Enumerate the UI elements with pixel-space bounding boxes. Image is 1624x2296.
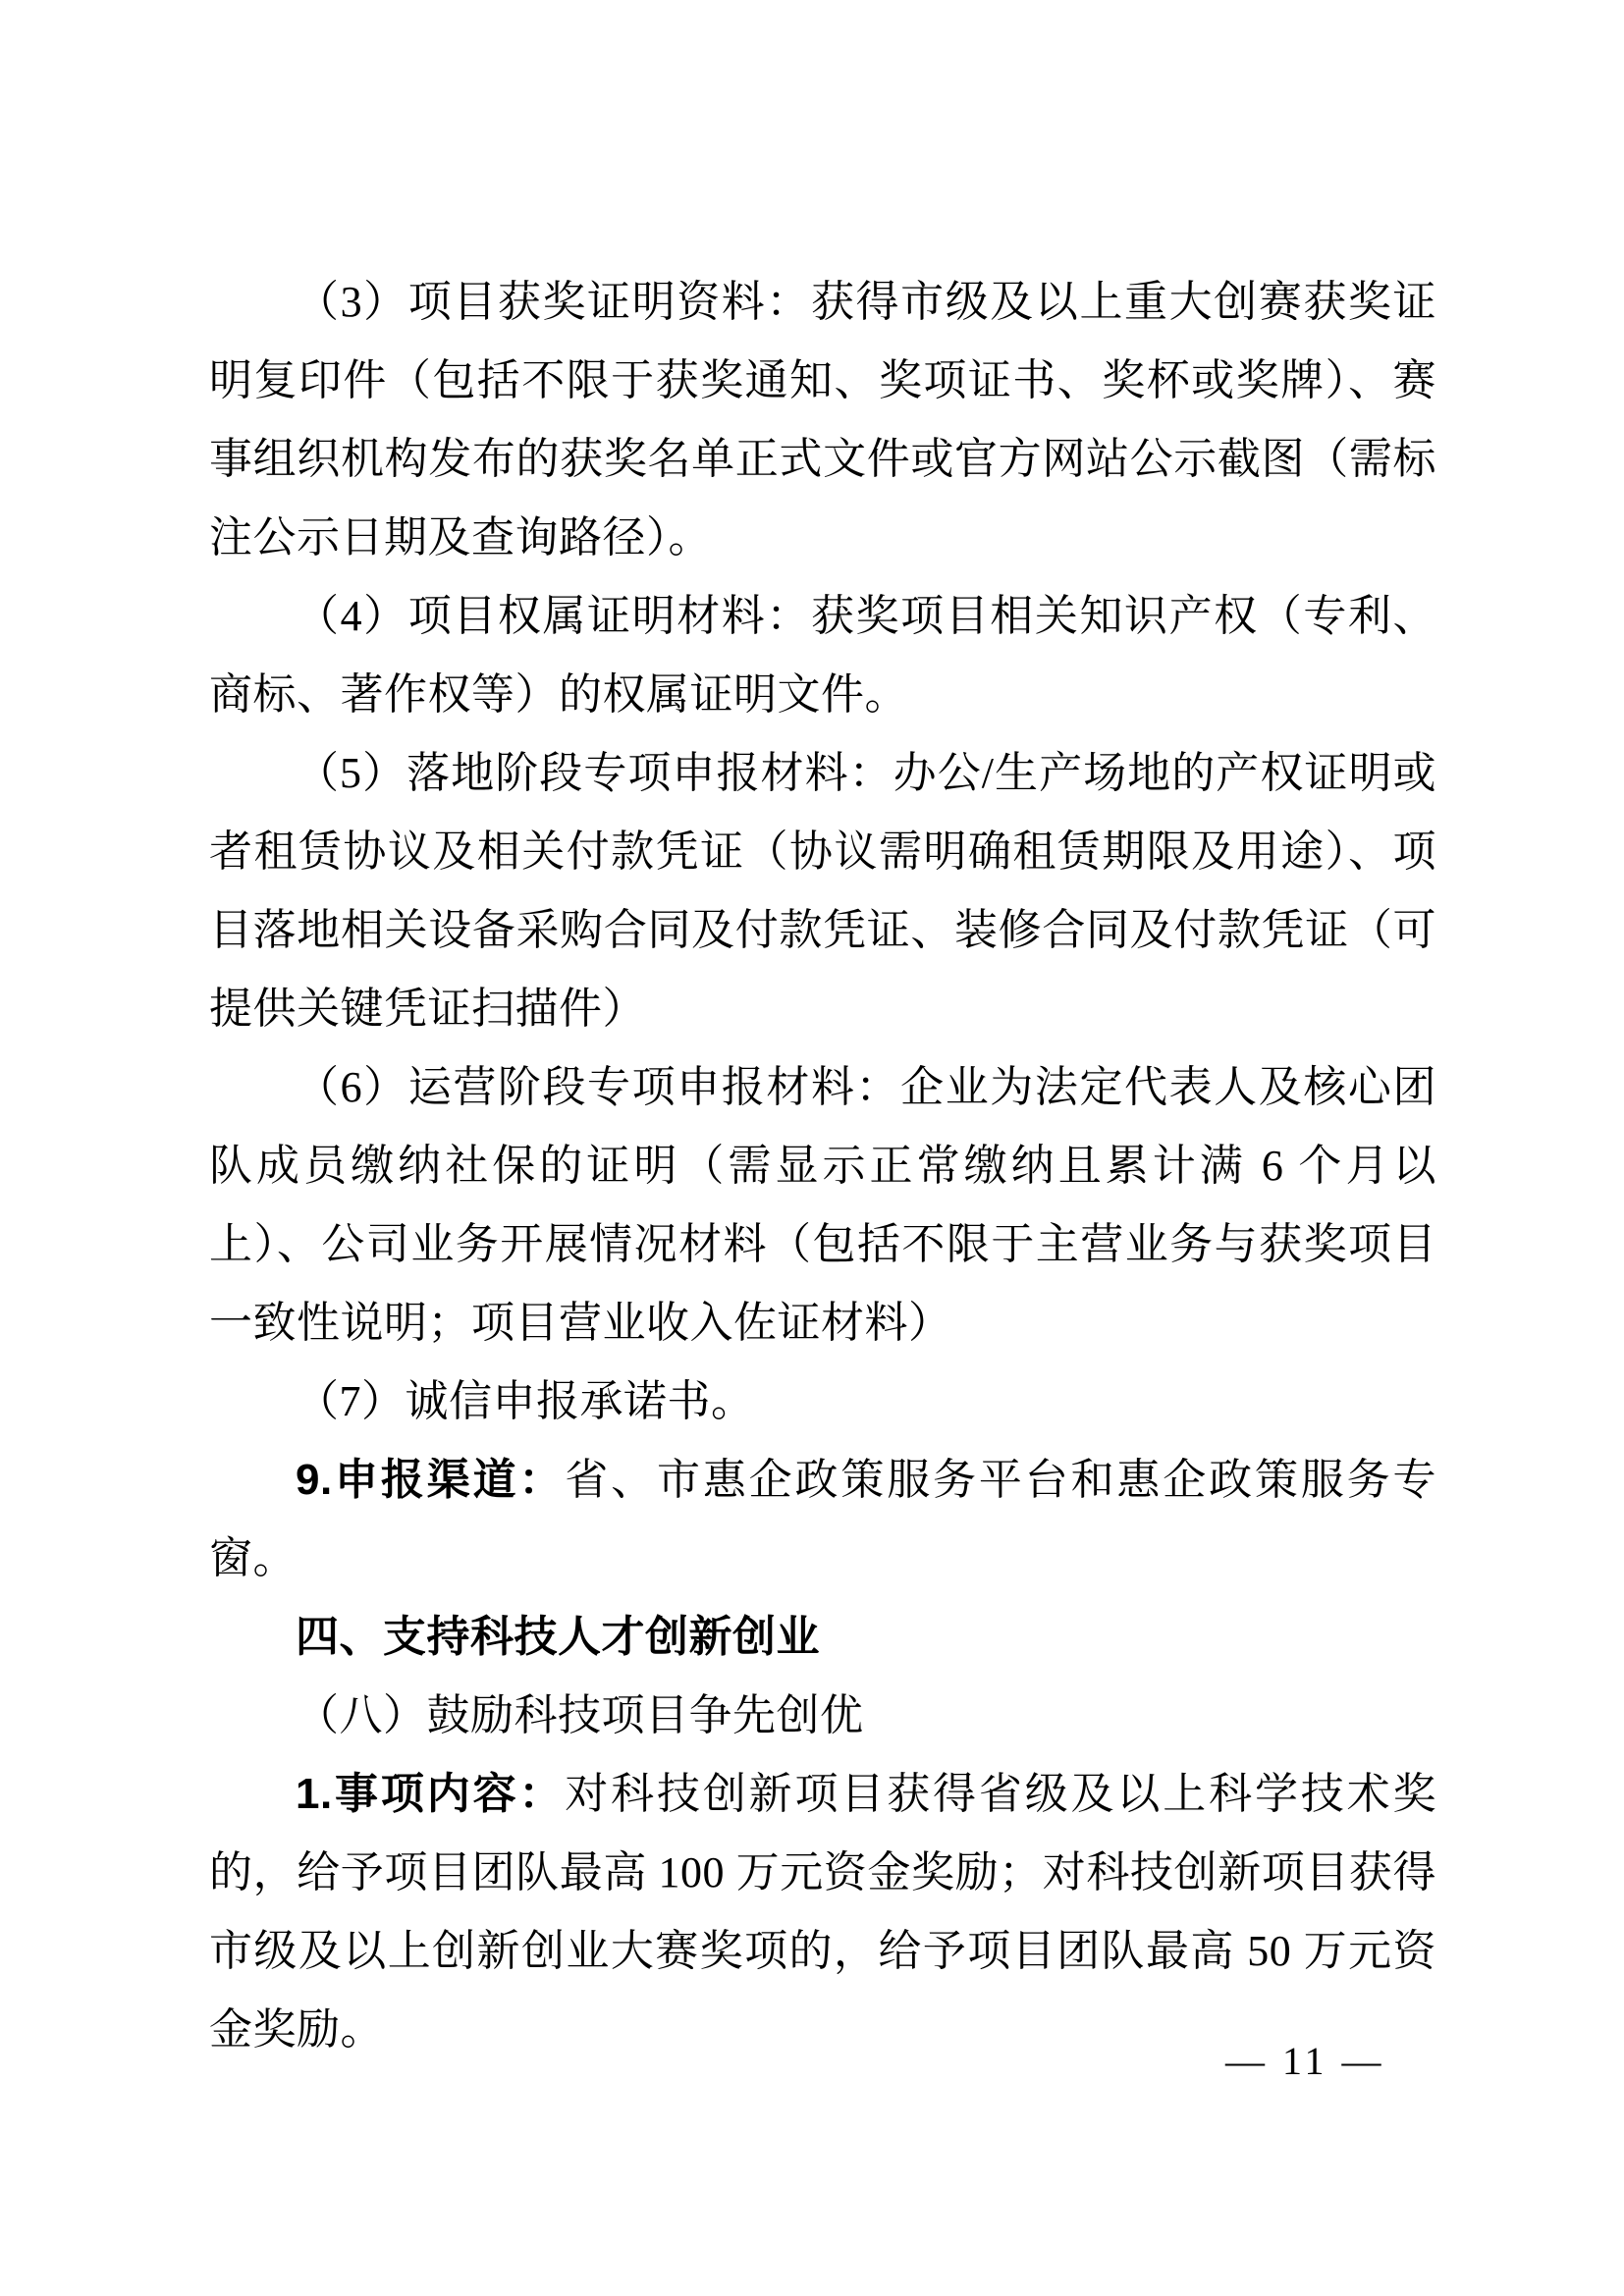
subsection-heading-eight: （八）鼓励科技项目争先创优 [209, 1677, 1436, 1755]
page-number: — 11 — [1225, 2040, 1385, 2083]
paragraph-attachment-7: （7）诚信申报承诺书。 [209, 1362, 1436, 1441]
paragraph-text: （6）运营阶段专项申报材料：企业为法定代表人及核心团队成员缴纳社保的证明（需显示… [209, 1063, 1436, 1347]
section-heading-four: 四、支持科技人才创新创业 [209, 1598, 1436, 1677]
paragraph-text: （7）诚信申报承诺书。 [296, 1377, 755, 1425]
heading-text: 四、支持科技人才创新创业 [296, 1613, 820, 1661]
paragraph-bold-prefix: 1.事项内容： [296, 1770, 565, 1818]
paragraph-attachment-6: （6）运营阶段专项申报材料：企业为法定代表人及核心团队成员缴纳社保的证明（需显示… [209, 1048, 1436, 1362]
subheading-text: （八）鼓励科技项目争先创优 [296, 1691, 864, 1739]
paragraph-text: （4）项目权属证明材料：获奖项目相关知识产权（专利、商标、著作权等）的权属证明文… [209, 592, 1436, 719]
paragraph-item-content: 1.事项内容：对科技创新项目获得省级及以上科学技术奖的，给予项目团队最高 100… [209, 1755, 1436, 2069]
paragraph-attachment-5: （5）落地阶段专项申报材料：办公/生产场地的产权证明或者租赁协议及相关付款凭证（… [209, 734, 1436, 1048]
paragraph-text: （3）项目获奖证明资料：获得市级及以上重大创赛获奖证明复印件（包括不限于获奖通知… [209, 278, 1436, 561]
paragraph-bold-prefix: 9.申报渠道： [296, 1456, 565, 1504]
document-body: （3）项目获奖证明资料：获得市级及以上重大创赛获奖证明复印件（包括不限于获奖通知… [209, 263, 1436, 2069]
document-page: （3）项目获奖证明资料：获得市级及以上重大创赛获奖证明复印件（包括不限于获奖通知… [0, 0, 1624, 2296]
paragraph-attachment-3: （3）项目获奖证明资料：获得市级及以上重大创赛获奖证明复印件（包括不限于获奖通知… [209, 263, 1436, 577]
paragraph-application-channel: 9.申报渠道：省、市惠企政策服务平台和惠企政策服务专窗。 [209, 1441, 1436, 1598]
paragraph-text: （5）落地阶段专项申报材料：办公/生产场地的产权证明或者租赁协议及相关付款凭证（… [209, 749, 1436, 1033]
paragraph-attachment-4: （4）项目权属证明材料：获奖项目相关知识产权（专利、商标、著作权等）的权属证明文… [209, 577, 1436, 734]
